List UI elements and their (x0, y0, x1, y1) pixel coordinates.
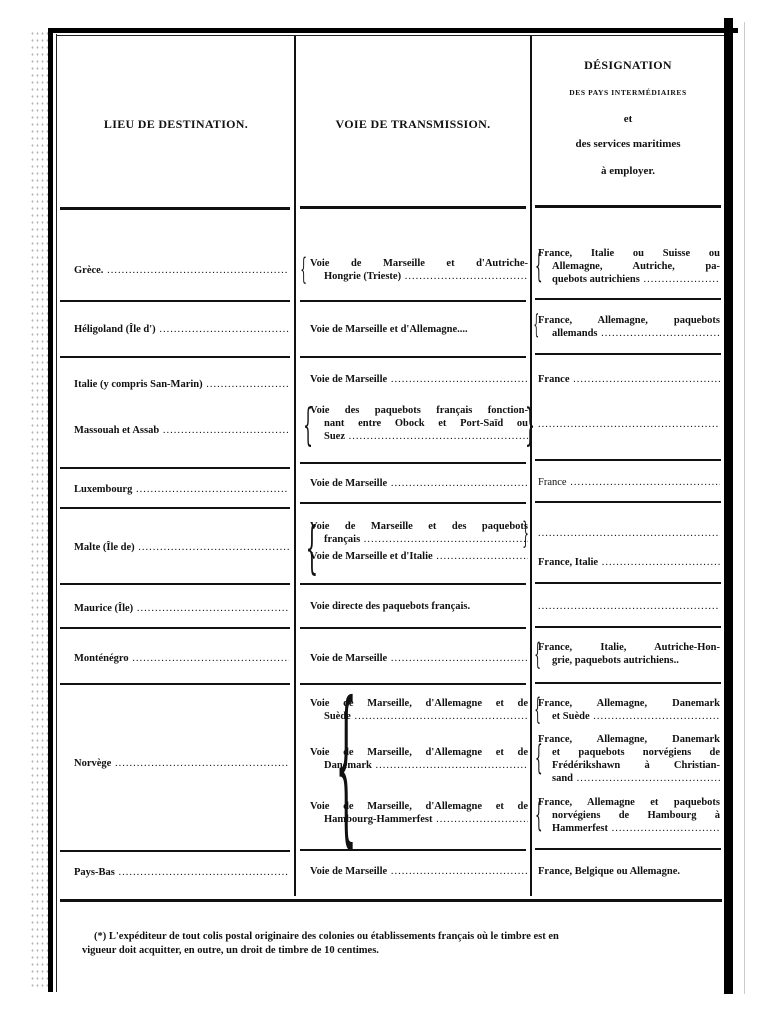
row-maurice-voie: Voie directe des paquebots français. (310, 600, 528, 613)
row-massouah-designation (538, 418, 720, 431)
row-heligoland-voie: Voie de Marseille et d'Allemagne.... (310, 323, 528, 336)
desig-line: Frédérikshawn à Christian- (538, 759, 720, 772)
row-montenegro-voie: Voie de Marseille (310, 652, 528, 665)
row-rule (60, 300, 290, 302)
footnote: (*) L'expéditeur de tout colis postal or… (82, 930, 722, 958)
brace-icon: { (534, 692, 541, 727)
brace-icon: { (534, 637, 541, 672)
row-rule (300, 300, 526, 302)
row-rule (535, 582, 721, 584)
desig-line: Allemagne, Autriche, pa- (538, 260, 720, 273)
document-page: LIEU DE DESTINATION. VOIE DE TRANSMISSIO… (0, 0, 765, 1036)
row-maurice-destination: Maurice (Île) (74, 602, 289, 615)
row-malte-destination: Malte (Île de) (74, 541, 289, 554)
header-designation-et: et (534, 113, 722, 125)
column-divider-1 (294, 36, 296, 896)
row-rule (535, 298, 721, 300)
row-rule (60, 627, 290, 629)
desig-line: sand (538, 772, 720, 785)
border-left-inner (56, 34, 57, 992)
column-divider-2 (530, 36, 532, 896)
voie-line: Voie de Marseille et d'Autriche- (310, 257, 528, 270)
voie-line: Voie de Marseille et des paquebots (310, 520, 528, 533)
row-montenegro-destination: Monténégro (74, 652, 289, 665)
brace-icon: { (303, 400, 313, 451)
table-bottom-rule (60, 899, 722, 902)
row-italie-destination: Italie (y compris San-Marin) (74, 378, 289, 391)
row-massouah-voie: Voie des paquebots français fonction- na… (310, 404, 528, 443)
desig-line: quebots autrichiens (538, 273, 720, 286)
row-malte-voie: Voie de Marseille et des paquebots franç… (310, 520, 528, 563)
voie-line: français (310, 533, 528, 546)
header-destination: LIEU DE DESTINATION. (60, 117, 292, 132)
row-luxembourg-designation: France (538, 476, 720, 489)
row-norvege-designation-3: France, Allemagne et paquebots norvégien… (538, 796, 720, 835)
brace-icon: { (535, 738, 543, 778)
desig-line: norvégiens de Hambourg à (538, 809, 720, 822)
header-designation-sub: DES PAYS INTERMÉDIAIRES (534, 88, 722, 97)
border-left (48, 30, 53, 992)
brace-icon: { (535, 795, 543, 835)
row-paysbas-voie: Voie de Marseille (310, 865, 528, 878)
row-heligoland-destination: Héligoland (Île d') (74, 323, 289, 336)
row-luxembourg-destination: Luxembourg (74, 483, 289, 496)
voie-line: Hongrie (Trieste) (310, 270, 528, 283)
row-rule (535, 626, 721, 628)
row-rule (535, 682, 721, 684)
desig-line: et paquebots norvégiens de (538, 746, 720, 759)
row-heligoland-designation: France, Allemagne, paquebots allemands (538, 314, 720, 340)
desig-line: France, Allemagne, Danemark (538, 733, 720, 746)
row-grece-destination: Grèce. (74, 264, 289, 277)
voie-line: Suez (310, 430, 528, 443)
header-rule (60, 207, 290, 210)
row-rule (535, 459, 721, 461)
desig-line: France, Italie, Autriche-Hon- (538, 641, 720, 654)
row-malte-designation-2: France, Italie (538, 556, 720, 569)
margin-speckle (30, 30, 48, 990)
row-norvege-destination: Norvège (74, 757, 289, 770)
row-rule (300, 356, 526, 358)
border-top-inner (56, 35, 724, 36)
row-norvege-designation-2: France, Allemagne, Danemark et paquebots… (538, 733, 720, 785)
row-paysbas-designation: France, Belgique ou Allemagne. (538, 865, 720, 878)
row-rule (300, 849, 526, 851)
voie-line: Voie de Marseille et d'Italie (310, 550, 528, 563)
row-italie-voie: Voie de Marseille (310, 373, 528, 386)
border-top (48, 28, 738, 33)
brace-icon: { (535, 246, 543, 286)
row-italie-designation: France (538, 373, 720, 386)
row-luxembourg-voie: Voie de Marseille (310, 477, 528, 490)
row-rule (60, 683, 290, 685)
desig-line: allemands (538, 327, 720, 340)
row-grece-designation: France, Italie ou Suisse ou Allemagne, A… (538, 247, 720, 286)
row-rule (300, 462, 526, 464)
row-grece-voie: Voie de Marseille et d'Autriche- Hongrie… (310, 257, 528, 283)
brace-icon: { (533, 310, 539, 340)
brace-icon: { (300, 252, 307, 287)
page-edge (744, 22, 745, 994)
desig-line: grie, paquebots autrichiens.. (538, 654, 720, 667)
brace-icon: { (335, 680, 357, 850)
desig-line: et Suède (538, 710, 720, 723)
desig-line: France, Allemagne, paquebots (538, 314, 720, 327)
voie-line: Voie des paquebots français fonction- (310, 404, 528, 417)
desig-line: France, Allemagne et paquebots (538, 796, 720, 809)
border-right (724, 18, 733, 994)
row-norvege-designation-1: France, Allemagne, Danemark et Suède (538, 697, 720, 723)
row-rule (535, 353, 721, 355)
row-malte-designation-1 (538, 527, 720, 540)
row-rule (535, 848, 721, 850)
row-rule (60, 507, 290, 509)
header-rule (300, 206, 526, 209)
row-rule (60, 467, 290, 469)
header-designation-title: DÉSIGNATION (534, 58, 722, 73)
header-designation-services: des services maritimes (534, 138, 722, 150)
row-rule (535, 501, 721, 503)
desig-line: France, Italie ou Suisse ou (538, 247, 720, 260)
row-rule (300, 502, 526, 504)
footnote-line-1: (*) L'expéditeur de tout colis postal or… (82, 930, 722, 944)
row-massouah-destination: Massouah et Assab (74, 424, 289, 437)
desig-line: France, Allemagne, Danemark (538, 697, 720, 710)
row-rule (300, 627, 526, 629)
header-rule (535, 205, 721, 208)
desig-line: Hammerfest (538, 822, 720, 835)
footnote-line-2: vigueur doit acquitter, en outre, un dro… (82, 944, 722, 958)
row-rule (60, 850, 290, 852)
header-transmission: VOIE DE TRANSMISSION. (298, 117, 528, 132)
brace-icon: } (522, 516, 529, 551)
header-designation-employer: à employer. (534, 165, 722, 177)
row-rule (300, 583, 526, 585)
row-maurice-designation (538, 600, 720, 613)
row-rule (300, 683, 526, 685)
brace-icon: { (306, 516, 318, 581)
row-rule (60, 356, 290, 358)
brace-icon: } (525, 400, 535, 451)
row-montenegro-designation: France, Italie, Autriche-Hon- grie, paqu… (538, 641, 720, 667)
row-rule (60, 583, 290, 585)
voie-line: nant entre Obock et Port-Saïd ou (310, 417, 528, 430)
row-paysbas-destination: Pays-Bas (74, 866, 289, 879)
